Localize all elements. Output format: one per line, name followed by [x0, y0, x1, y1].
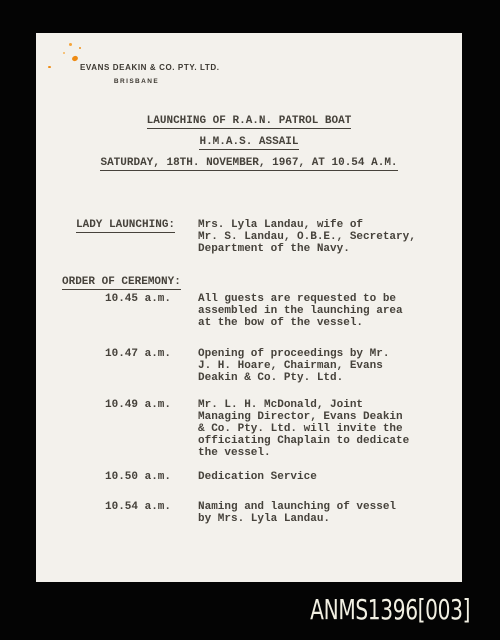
company-logo-icon	[69, 43, 72, 46]
ceremony-item: 10.47 a.m. Opening of proceedings by Mr.…	[105, 348, 443, 384]
document-title-line-1: LAUNCHING OF R.A.N. PATROL BOAT	[36, 115, 462, 129]
company-logo-icon	[48, 66, 51, 68]
document-title-line-2: H.M.A.S. ASSAIL	[36, 136, 462, 150]
lady-launching-label: LADY LAUNCHING:	[76, 219, 198, 255]
lady-launching-section: LADY LAUNCHING: Mrs. Lyla Landau, wife o…	[76, 219, 416, 255]
ceremony-item: 10.50 a.m. Dedication Service	[105, 471, 443, 483]
ceremony-description: Dedication Service	[198, 471, 443, 483]
scan-background: { "letterhead": { "company": "EVANS DEAK…	[0, 0, 500, 640]
document-page: EVANS DEAKIN & CO. PTY. LTD. BRISBANE LA…	[36, 33, 462, 582]
company-city: BRISBANE	[80, 76, 193, 88]
archive-reference-label: ANMS1396[003]	[310, 593, 470, 626]
ceremony-time: 10.49 a.m.	[105, 399, 198, 459]
ceremony-item: 10.45 a.m. All guests are requested to b…	[105, 293, 443, 329]
document-title-block: LAUNCHING OF R.A.N. PATROL BOAT H.M.A.S.…	[36, 115, 462, 178]
document-title-line-3: SATURDAY, 18TH. NOVEMBER, 1967, AT 10.54…	[36, 157, 462, 171]
ceremony-time: 10.45 a.m.	[105, 293, 198, 329]
ceremony-item: 10.49 a.m. Mr. L. H. McDonald, Joint Man…	[105, 399, 443, 459]
ceremony-time: 10.50 a.m.	[105, 471, 198, 483]
ceremony-time: 10.47 a.m.	[105, 348, 198, 384]
ceremony-description: Naming and launching of vessel by Mrs. L…	[198, 501, 443, 525]
ceremony-description: Mr. L. H. McDonald, Joint Managing Direc…	[198, 399, 443, 459]
ceremony-item: 10.54 a.m. Naming and launching of vesse…	[105, 501, 443, 525]
ceremony-time: 10.54 a.m.	[105, 501, 198, 525]
ceremony-description: Opening of proceedings by Mr. J. H. Hoar…	[198, 348, 443, 384]
company-logo-icon	[79, 47, 81, 49]
company-logo-icon	[63, 52, 65, 54]
letterhead: EVANS DEAKIN & CO. PTY. LTD. BRISBANE	[80, 62, 220, 88]
company-logo-icon	[71, 55, 79, 62]
ceremony-description: All guests are requested to be assembled…	[198, 293, 443, 329]
company-name: EVANS DEAKIN & CO. PTY. LTD.	[80, 62, 220, 74]
order-of-ceremony-heading: ORDER OF CEREMONY:	[62, 276, 181, 290]
lady-launching-value: Mrs. Lyla Landau, wife of Mr. S. Landau,…	[198, 219, 416, 255]
